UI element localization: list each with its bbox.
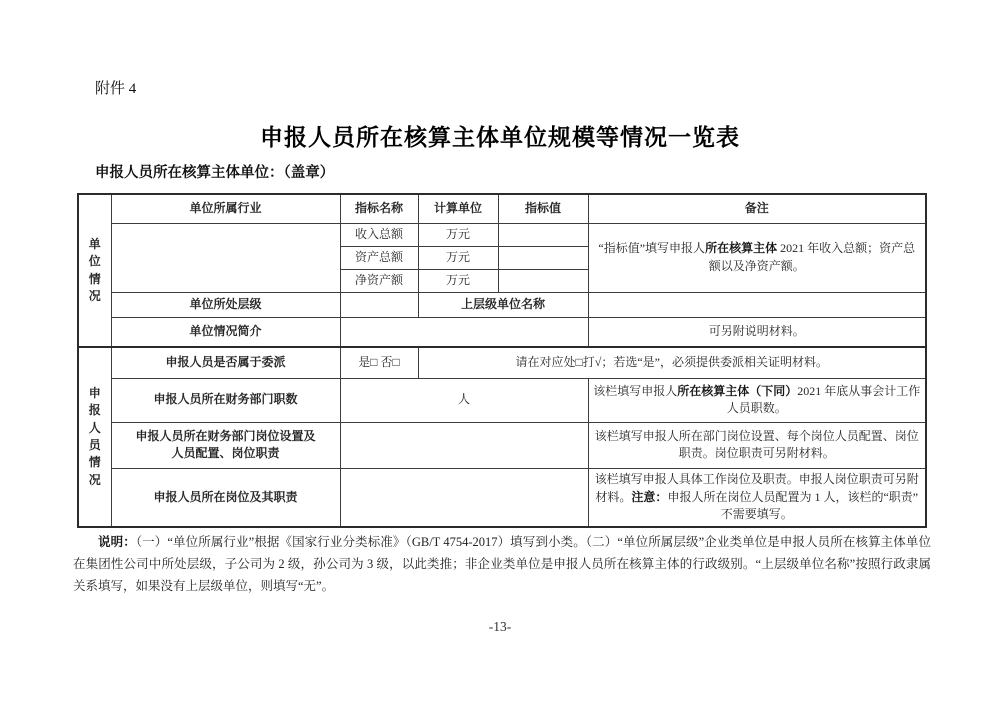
indicator-assets-label: 资产总额 [340, 246, 418, 269]
positions-label: 申报人员所在财务部门岗位设置及 人员配置、岗位职责 [111, 422, 340, 468]
table-row: 申报人员所在财务部门岗位设置及 人员配置、岗位职责 该栏填写申报人所在部门岗位设… [78, 422, 926, 468]
positions-label-line1: 申报人员所在财务部门岗位设置及 [116, 428, 336, 445]
unit-profile-remark: 可另附说明材料。 [588, 317, 926, 347]
footnote: 说明：（一）“单位所属行业”根据《国家行业分类标准》（GB/T 4754-201… [73, 531, 931, 597]
indicator-assets-value-cell [498, 246, 588, 269]
remark-bold-text: 注意： [631, 490, 667, 504]
headcount-label: 申报人员所在财务部门职数 [111, 378, 340, 422]
section-label-applicant: 申报人员情况 [78, 347, 111, 527]
positions-value-cell [340, 422, 588, 468]
table-row: 单位所处层级 上层级单位名称 [78, 292, 926, 317]
col-header-value: 指标值 [498, 194, 588, 223]
duty-label: 申报人员所在岗位及其职责 [111, 468, 340, 527]
duty-value-cell [340, 468, 588, 527]
col-header-remark: 备注 [588, 194, 926, 223]
indicator-income-value-cell [498, 223, 588, 246]
col-header-industry: 单位所属行业 [111, 194, 340, 223]
positions-remark: 该栏填写申报人所在部门岗位设置、每个岗位人员配置、岗位职责。岗位职责可另附材料。 [588, 422, 926, 468]
col-header-calc-unit: 计算单位 [418, 194, 498, 223]
duty-remark: 该栏填写申报人具体工作岗位及职责。申报人岗位职责可另附材料。注意：申报人所在岗位… [588, 468, 926, 527]
table-row: 收入总额 万元 “指标值”填写申报人所在核算主体 2021 年收入总额；资产总额… [78, 223, 926, 246]
delegation-label: 申报人员是否属于委派 [111, 347, 340, 378]
indicator-netassets-value-cell [498, 269, 588, 292]
remark-text: 该栏填写申报人 [593, 384, 677, 398]
table-row: 单位情况 单位所属行业 指标名称 计算单位 指标值 备注 [78, 194, 926, 223]
positions-label-line2: 人员配置、岗位职责 [116, 445, 336, 462]
indicator-netassets-unit: 万元 [418, 269, 498, 292]
table-row: 单位情况简介 可另附说明材料。 [78, 317, 926, 347]
delegation-checkbox-options: 是□ 否□ [340, 347, 418, 378]
section-label-unit: 单位情况 [78, 194, 111, 347]
table-row: 申报人员所在岗位及其职责 该栏填写申报人具体工作岗位及职责。申报人岗位职责可另附… [78, 468, 926, 527]
indicators-remark: “指标值”填写申报人所在核算主体 2021 年收入总额；资产总额以及净资产额。 [588, 223, 926, 292]
remark-bold-text: 所在核算主体（下同） [677, 384, 797, 398]
upper-unit-name-value-cell [588, 292, 926, 317]
attachment-label: 附件 4 [95, 77, 136, 98]
stamp-line: 申报人员所在核算主体单位：（盖章） [95, 161, 334, 182]
industry-input-cell [111, 223, 340, 292]
document-page: 附件 4 申报人员所在核算主体单位规模等情况一览表 申报人员所在核算主体单位：（… [0, 0, 1000, 706]
unit-profile-label: 单位情况简介 [111, 317, 340, 347]
indicator-assets-unit: 万元 [418, 246, 498, 269]
headcount-value-cell: 人 [340, 378, 588, 422]
remark-text: “指标值”填写申报人 [598, 241, 705, 255]
col-header-indicator: 指标名称 [340, 194, 418, 223]
unit-level-label: 单位所处层级 [111, 292, 340, 317]
remark-text: 申报人所在岗位人员配置为 1 人，该栏的“职责”不需要填写。 [667, 490, 918, 521]
unit-profile-value-cell [340, 317, 588, 347]
upper-unit-name-label: 上层级单位名称 [418, 292, 588, 317]
indicator-income-label: 收入总额 [340, 223, 418, 246]
unit-level-value-cell [340, 292, 418, 317]
delegation-remark: 请在对应处□打√；若选“是”，必须提供委派相关证明材料。 [418, 347, 926, 378]
indicator-netassets-label: 净资产额 [340, 269, 418, 292]
unit-info-table: 单位情况 单位所属行业 指标名称 计算单位 指标值 备注 收入总额 万元 “指标… [77, 193, 927, 528]
indicator-income-unit: 万元 [418, 223, 498, 246]
table-row: 申报人员所在财务部门职数 人 该栏填写申报人所在核算主体（下同）2021 年底从… [78, 378, 926, 422]
headcount-remark: 该栏填写申报人所在核算主体（下同）2021 年底从事会计工作人员职数。 [588, 378, 926, 422]
table-row: 申报人员情况 申报人员是否属于委派 是□ 否□ 请在对应处□打√；若选“是”，必… [78, 347, 926, 378]
page-title: 申报人员所在核算主体单位规模等情况一览表 [0, 119, 1000, 152]
footnote-label: 说明： [98, 535, 136, 549]
page-number: -13- [0, 619, 1000, 635]
footnote-text: （一）“单位所属行业”根据《国家行业分类标准》（GB/T 4754-2017）填… [73, 535, 931, 593]
remark-bold-text: 所在核算主体 [705, 241, 777, 255]
